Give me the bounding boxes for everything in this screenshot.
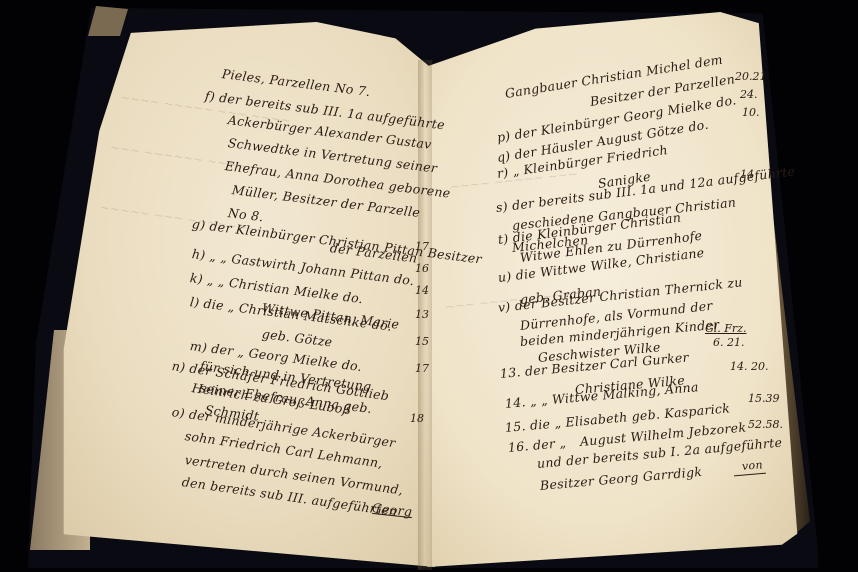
- amount: 6. 21.: [713, 336, 745, 349]
- margin-number: 15: [415, 335, 429, 348]
- handwritten-signature: von: [741, 458, 763, 473]
- margin-number: 17: [415, 362, 429, 375]
- margin-number: 16: [415, 262, 429, 275]
- photo-scene: ~~~~ ~~~~~ ~~~ ~~~~ ~~~ ~~~~~~ ~~~~~ ~~~…: [0, 0, 858, 572]
- margin-number: 13: [415, 308, 429, 321]
- margin-number: 18: [410, 412, 424, 425]
- margin-number: 14: [415, 284, 429, 297]
- amount: 24.: [740, 88, 758, 101]
- margin-number: 17: [415, 240, 429, 253]
- amount: 14: [740, 168, 754, 181]
- amount: 20.21: [735, 70, 767, 83]
- amount: 15.39: [748, 392, 780, 405]
- amount-header: Gl. Frz.: [705, 322, 746, 335]
- amount: 14. 20.: [730, 360, 768, 373]
- amount: 10.: [742, 106, 760, 119]
- amount: 52.58.: [748, 418, 783, 431]
